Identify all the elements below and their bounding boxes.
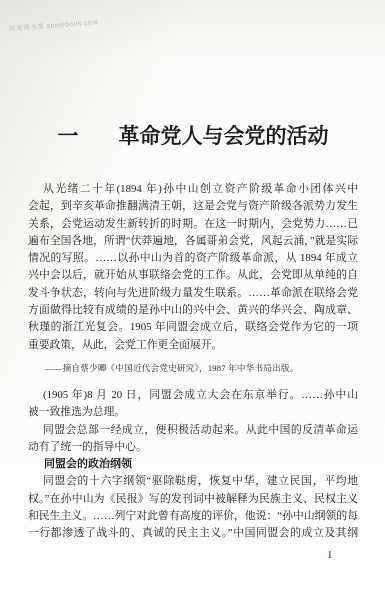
chapter-number: 一	[58, 122, 79, 152]
text-line: 关系，会党运动发生新转折的时期。在这一时期内，会党势力……已	[28, 216, 358, 233]
text-line: 情况的写照。……以孙中山为首的资产阶级革命派，从 1894 年成立	[28, 250, 358, 267]
text-line: 和民生主义。……列宁对此曾有高度的评价，他说：“孙中山纲领的每	[28, 508, 358, 525]
text-line: 动有了统一的指导中心。	[28, 439, 358, 456]
text-line: 被一致推选为总理。	[28, 404, 358, 421]
text-line: 权。”在孙中山为《民报》写的发刊词中被解释为民族主义、民权主义	[28, 491, 358, 508]
text-line: 会起，到辛亥革命推翻满清王朝，这是会党与资产阶级各派势力发生	[28, 198, 358, 215]
text-line: 从光绪二十年(1894 年)孙中山创立资产阶级革命小团体兴中	[28, 181, 358, 198]
chapter-title-text: 革命党人与会党的活动	[119, 122, 329, 152]
book-page: 时光图书馆 stimebook.com 一 革命党人与会党的活动 从光绪二十年(…	[0, 0, 385, 600]
page-number: 1	[327, 549, 333, 561]
source-citation: ——摘自蔡少卿《中国近代会党史研究》，1987 年中华书局出版。	[45, 361, 358, 375]
text-line: 重要政策，从此，会党工作更全面展开。	[28, 337, 358, 354]
text-line: 秋瑾的浙江光复会。1905 年同盟会成立后，联络会党作为它的一项	[28, 319, 358, 336]
text-line: 方面做得比较有成绩的是孙中山的兴中会、黄兴的华兴会、陶成章、	[28, 302, 358, 319]
body-text: (1905 年)8 月 20 日，同盟会成立大会在东京举行。……孙中山 被一致推…	[28, 387, 358, 543]
chapter-title: 一 革命党人与会党的活动	[28, 122, 358, 152]
text-line: 遍布全国各地，所谓“伏莽遍地，各属哥弟会党，风起云涌，”就是实际	[28, 233, 358, 250]
text-line: (1905 年)8 月 20 日，同盟会成立大会在东京举行。……孙中山	[28, 387, 358, 404]
text-line: 发斗争状态，转向与先进阶级力量发生联系。……革命派在联络会党	[28, 285, 358, 302]
watermark: 时光图书馆 stimebook.com	[9, 17, 99, 33]
paragraph-1: 从光绪二十年(1894 年)孙中山创立资产阶级革命小团体兴中 会起，到辛亥革命推…	[28, 181, 358, 354]
text-line: 兴中会以后，就开始从事联络会党的工作。从此，会党即从单纯的自	[28, 267, 358, 284]
text-line: 同盟会的十六字纲领“驱除鞑虏，恢复中华，建立民国，平均地	[28, 473, 358, 490]
text-line: 同盟会总部一经成立，便积极活动起来。从此中国的反清革命运	[28, 422, 358, 439]
text-line: 一行都渗透了战斗的、真诚的民主主义。”中国同盟会的成立及其纲	[28, 525, 358, 542]
section-heading: 同盟会的政治纲领	[28, 456, 358, 473]
